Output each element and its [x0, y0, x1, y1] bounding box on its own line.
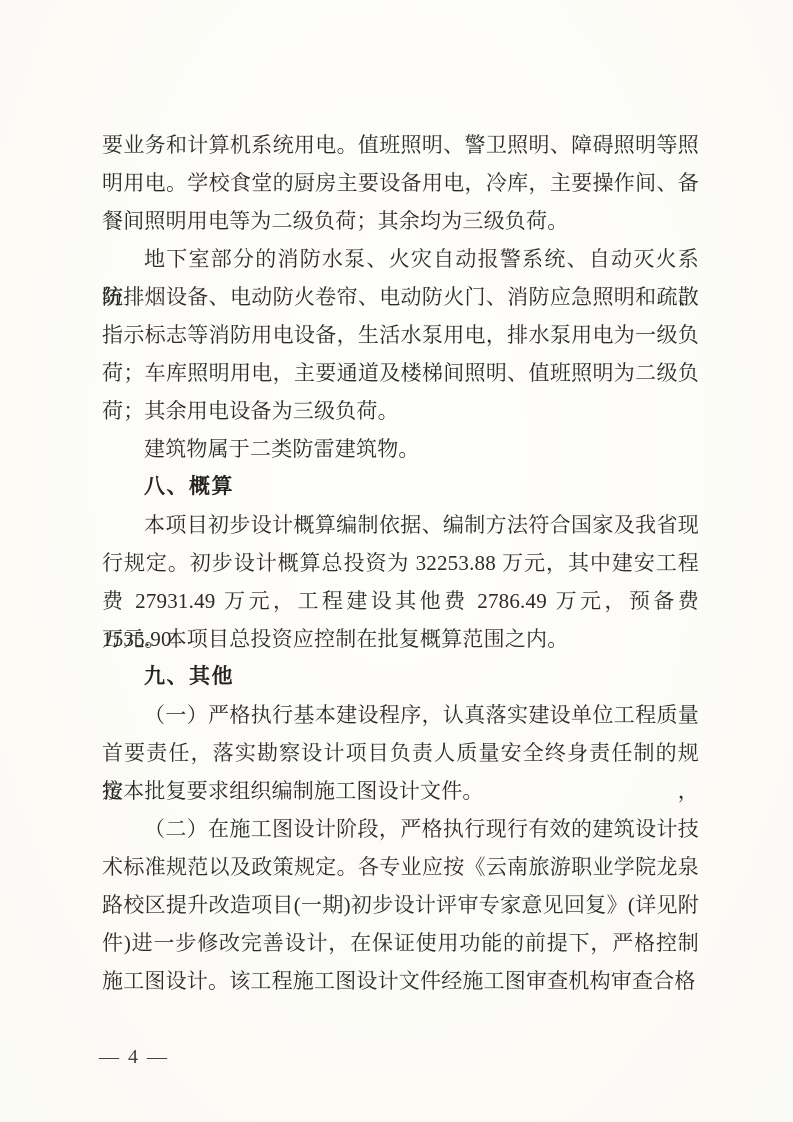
text-line: 防排烟设备、电动防火卷帘、电动防火门、消防应急照明和疏散 — [102, 278, 699, 316]
paragraph: 地下室部分的消防水泵、火灾自动报警系统、自动灭火系统、防排烟设备、电动防火卷帘、… — [102, 240, 699, 430]
paragraph: 本项目初步设计概算编制依据、编制方法符合国家及我省现行规定。初步设计概算总投资为… — [102, 506, 699, 658]
paragraph: 要业务和计算机系统用电。值班照明、警卫照明、障碍照明等照明用电。学校食堂的厨房主… — [102, 126, 699, 240]
paragraph: （一）严格执行基本建设程序，认真落实建设单位工程质量首要责任，落实勘察设计项目负… — [102, 696, 699, 810]
paragraph: 建筑物属于二类防雷建筑物。 — [102, 430, 699, 468]
text-line: 本项目初步设计概算编制依据、编制方法符合国家及我省现 — [102, 506, 699, 544]
text-line: 要业务和计算机系统用电。值班照明、警卫照明、障碍照明等照 — [102, 126, 699, 164]
document-page: 要业务和计算机系统用电。值班照明、警卫照明、障碍照明等照明用电。学校食堂的厨房主… — [0, 0, 793, 1122]
section-heading: 八、概算 — [102, 468, 699, 506]
text-line: 餐间照明用电等为二级负荷；其余均为三级负荷。 — [102, 202, 699, 240]
text-line: 指示标志等消防用电设备，生活水泵用电，排水泵用电为一级负 — [102, 316, 699, 354]
section-heading-text: 八、概算 — [102, 468, 699, 506]
paragraph: （二）在施工图设计阶段，严格执行现行有效的建筑设计技术标准规范以及政策规定。各专… — [102, 810, 699, 1000]
section-heading-text: 九、其他 — [102, 658, 699, 696]
text-line: 路校区提升改造项目(一期)初步设计评审专家意见回复》(详见附 — [102, 886, 699, 924]
text-line: 建筑物属于二类防雷建筑物。 — [102, 430, 699, 468]
text-line: 术标准规范以及政策规定。各专业应按《云南旅游职业学院龙泉 — [102, 848, 699, 886]
text-line: 地下室部分的消防水泵、火灾自动报警系统、自动灭火系统、 — [102, 240, 699, 278]
text-line: 万元。本项目总投资应控制在批复概算范围之内。 — [102, 620, 699, 658]
text-line: 施工图设计。该工程施工图设计文件经施工图审查机构审查合格 — [102, 962, 699, 1000]
section-heading: 九、其他 — [102, 658, 699, 696]
text-line: 荷；其余用电设备为三级负荷。 — [102, 392, 699, 430]
text-line: 费 27931.49 万元，工程建设其他费 2786.49 万元，预备费 153… — [102, 582, 699, 620]
text-line: 荷；车库照明用电，主要通道及楼梯间照明、值班照明为二级负 — [102, 354, 699, 392]
document-body: 要业务和计算机系统用电。值班照明、警卫照明、障碍照明等照明用电。学校食堂的厨房主… — [102, 126, 699, 1000]
text-line: 行规定。初步设计概算总投资为 32253.88 万元，其中建安工程 — [102, 544, 699, 582]
text-line: 首要责任，落实勘察设计项目负责人质量安全终身责任制的规定， — [102, 734, 699, 772]
text-line: 件)进一步修改完善设计，在保证使用功能的前提下，严格控制 — [102, 924, 699, 962]
text-line: （一）严格执行基本建设程序，认真落实建设单位工程质量 — [102, 696, 699, 734]
text-line: （二）在施工图设计阶段，严格执行现行有效的建筑设计技 — [102, 810, 699, 848]
text-line: 明用电。学校食堂的厨房主要设备用电，冷库，主要操作间、备 — [102, 164, 699, 202]
page-number: — 4 — — [99, 1038, 169, 1076]
